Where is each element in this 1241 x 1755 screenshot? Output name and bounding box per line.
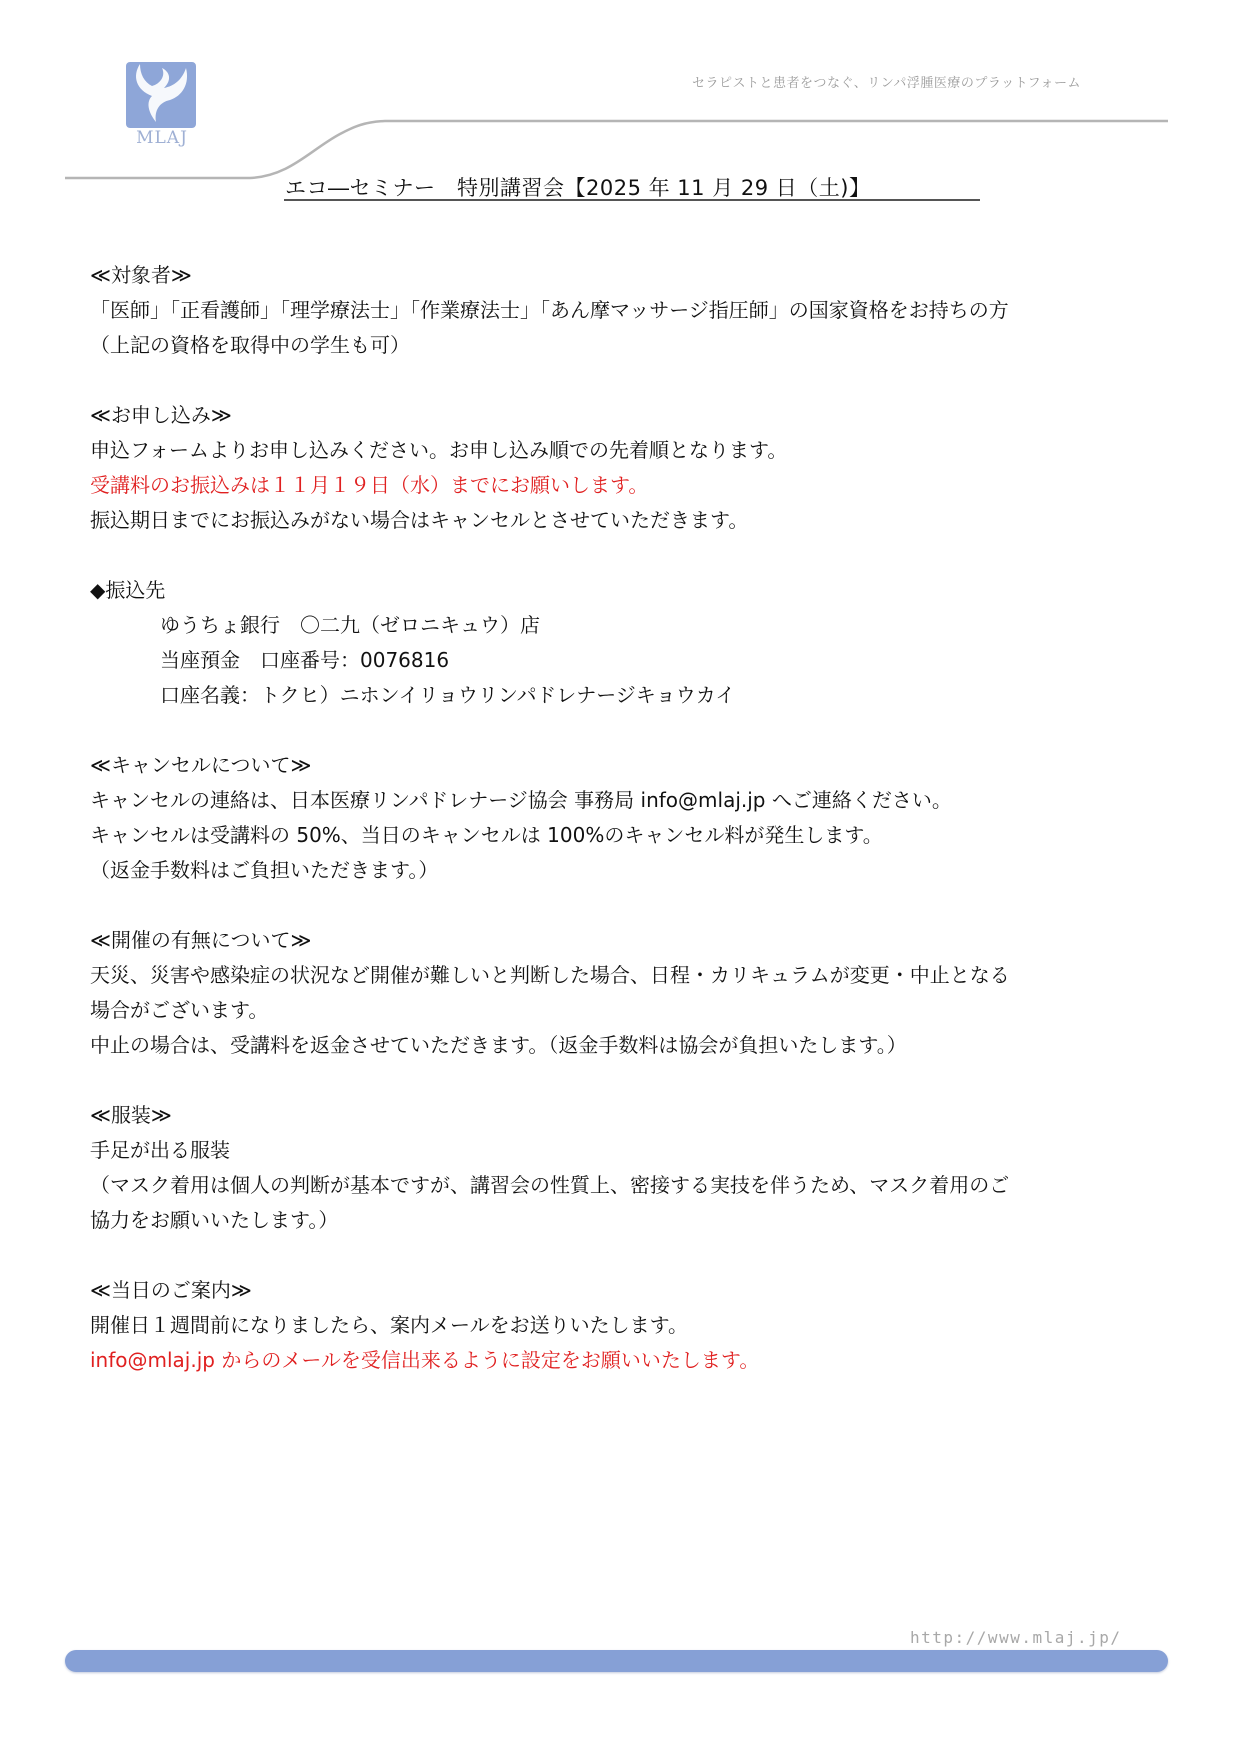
section-line: 振込期日までにお振込みがない場合はキャンセルとさせていただきます。: [90, 503, 1230, 538]
section-line: （上記の資格を取得中の学生も可）: [90, 328, 1230, 363]
bank-name: ゆうちょ銀行 〇二九（ゼロニキュウ）店: [90, 608, 1230, 643]
page-title: エコ―セミナー 特別講習会【2025 年 11 月 29 日（土)】: [285, 172, 980, 202]
section-line: 手足が出る服装: [90, 1133, 1230, 1168]
section-line: キャンセルの連絡は、日本医療リンパドレナージ協会 事務局 info@mlaj.j…: [90, 783, 1230, 818]
section-line: 申込フォームよりお申し込みください。お申し込み順での先着順となります。: [90, 433, 1230, 468]
section-line: 協力をお願いいたします。）: [90, 1203, 1230, 1238]
section-line: （返金手数料はご負担いただきます。）: [90, 853, 1230, 888]
account-number: 当座預金 口座番号：0076816: [90, 643, 1230, 678]
document-body: ≪対象者≫ 「医師」「正看護師」「理学療法士」「作業療法士」「あん摩マッサージ指…: [90, 258, 1230, 1413]
section-heading: ≪服装≫: [90, 1098, 1230, 1133]
title-underline: [284, 199, 980, 201]
footer-url-link[interactable]: http://www.mlaj.jp/: [910, 1628, 1122, 1647]
section-cancel: ≪キャンセルについて≫ キャンセルの連絡は、日本医療リンパドレナージ協会 事務局…: [90, 748, 1230, 888]
section-holding: ≪開催の有無について≫ 天災、災害や感染症の状況など開催が難しいと判断した場合、…: [90, 923, 1230, 1063]
section-line: 開催日１週間前になりましたら、案内メールをお送りいたします。: [90, 1308, 1230, 1343]
section-line: 場合がございます。: [90, 993, 1230, 1028]
section-day-info: ≪当日のご案内≫ 開催日１週間前になりましたら、案内メールをお送りいたします。 …: [90, 1273, 1230, 1378]
section-line: キャンセルは受講料の 50%、当日のキャンセルは 100%のキャンセル料が発生し…: [90, 818, 1230, 853]
footer-bar: [65, 1650, 1168, 1672]
section-application: ≪お申し込み≫ 申込フォームよりお申し込みください。お申し込み順での先着順となり…: [90, 398, 1230, 538]
email-setting-notice: info@mlaj.jp からのメールを受信出来るように設定をお願いいたします。: [90, 1343, 1230, 1378]
account-holder: 口座名義：トクヒ）ニホンイリョウリンパドレナージキョウカイ: [90, 678, 1230, 713]
section-line: （マスク着用は個人の判断が基本ですが、講習会の性質上、密接する実技を伴うため、マ…: [90, 1168, 1230, 1203]
header-divider-curve: [0, 0, 1241, 200]
section-line: 天災、災害や感染症の状況など開催が難しいと判断した場合、日程・カリキュラムが変更…: [90, 958, 1230, 993]
section-transfer: ◆振込先 ゆうちょ銀行 〇二九（ゼロニキュウ）店 当座預金 口座番号：00768…: [90, 573, 1230, 713]
section-heading: ≪当日のご案内≫: [90, 1273, 1230, 1308]
section-target: ≪対象者≫ 「医師」「正看護師」「理学療法士」「作業療法士」「あん摩マッサージ指…: [90, 258, 1230, 363]
section-line: 「医師」「正看護師」「理学療法士」「作業療法士」「あん摩マッサージ指圧師」の国家…: [90, 293, 1230, 328]
section-heading: ≪開催の有無について≫: [90, 923, 1230, 958]
section-line: 中止の場合は、受講料を返金させていただきます。（返金手数料は協会が負担いたします…: [90, 1028, 1230, 1063]
section-heading: ≪お申し込み≫: [90, 398, 1230, 433]
section-heading: ◆振込先: [90, 573, 1230, 608]
payment-deadline-notice: 受講料のお振込みは１１月１９日（水）までにお願いします。: [90, 468, 1230, 503]
section-clothing: ≪服装≫ 手足が出る服装 （マスク着用は個人の判断が基本ですが、講習会の性質上、…: [90, 1098, 1230, 1238]
section-heading: ≪対象者≫: [90, 258, 1230, 293]
section-heading: ≪キャンセルについて≫: [90, 748, 1230, 783]
